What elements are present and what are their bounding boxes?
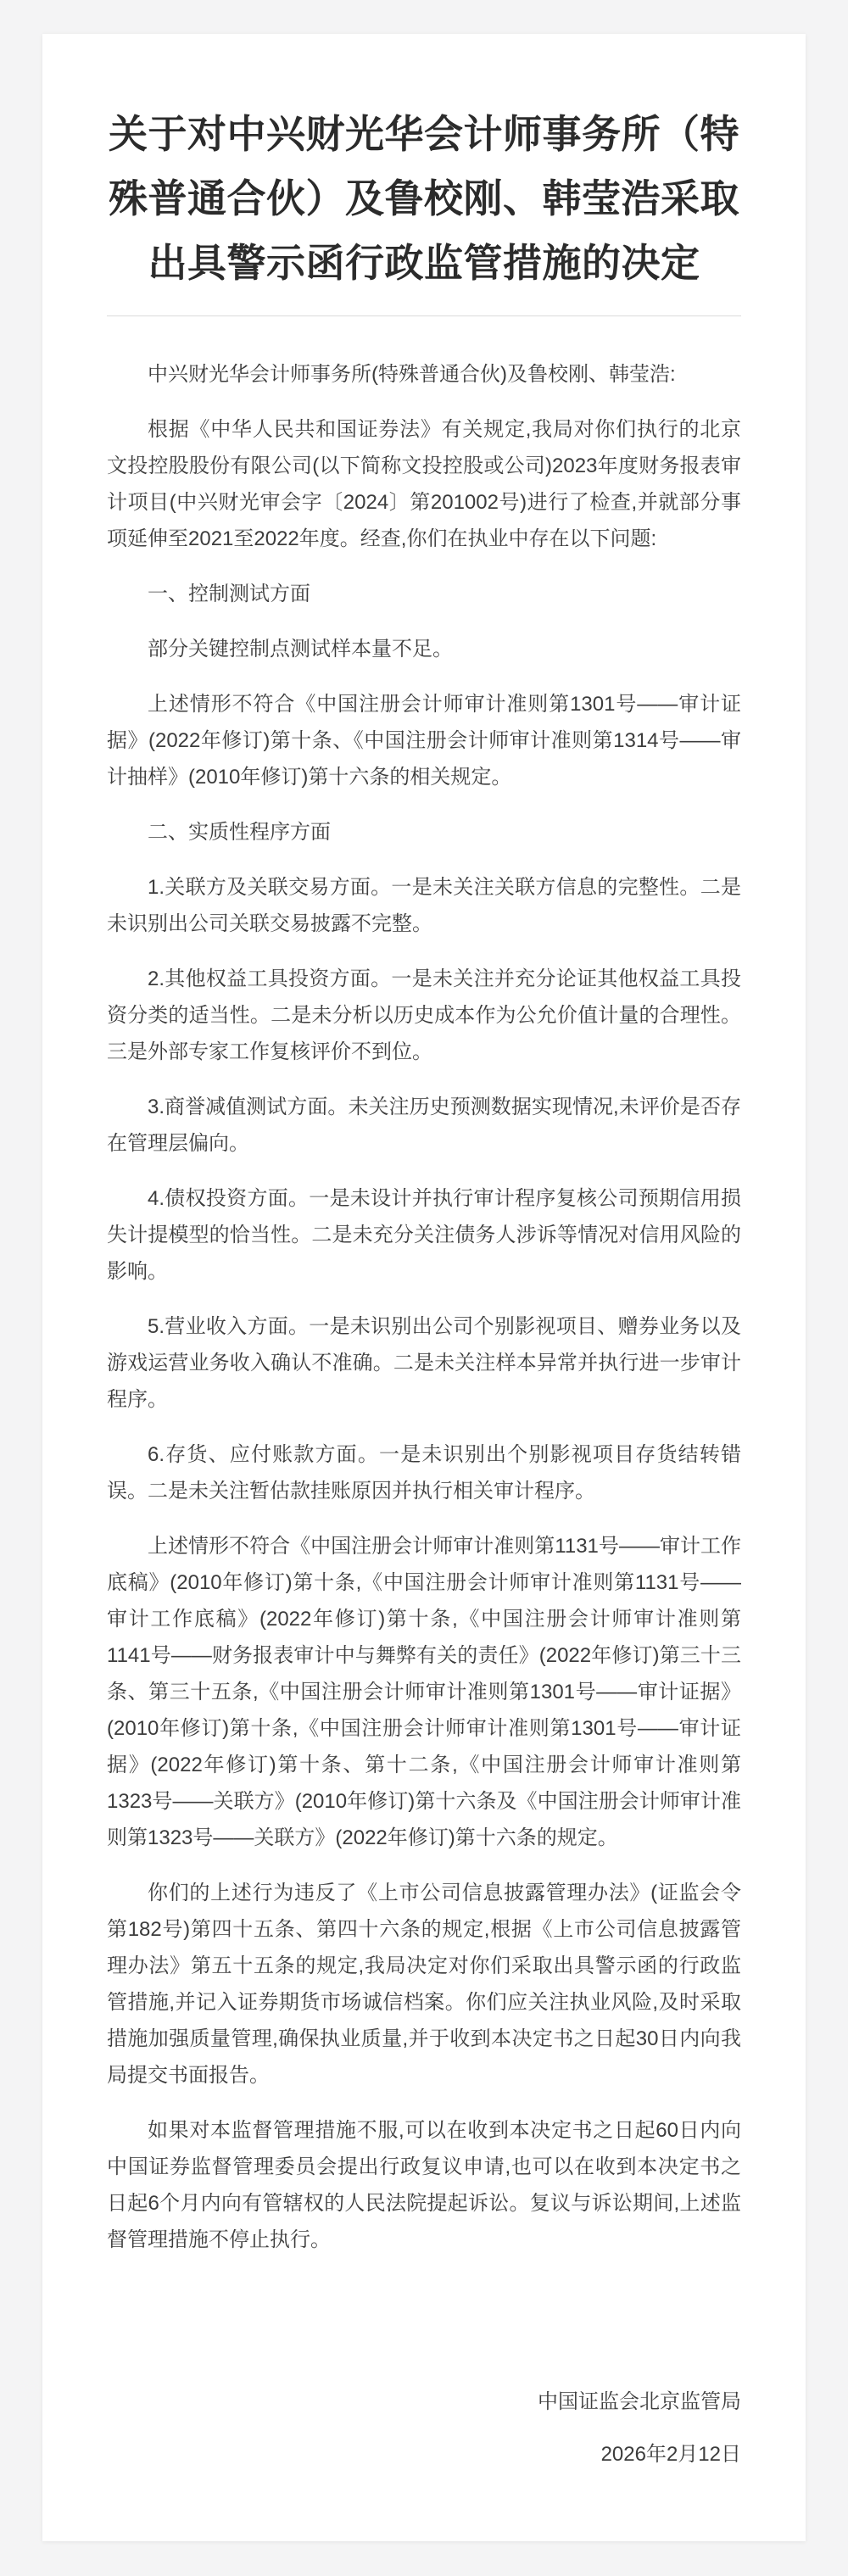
item-inventory-payables: 6.存货、应付账款方面。一是未识别出个别影视项目存货结转错误。二是未关注暂估款挂… <box>107 1436 741 1509</box>
item-goodwill-impairment: 3.商誉减值测试方面。未关注历史预测数据实现情况,未评价是否存在管理层偏向。 <box>107 1089 741 1162</box>
section-heading-control-testing: 一、控制测试方面 <box>107 576 741 612</box>
salutation-paragraph: 中兴财光华会计师事务所(特殊普通合伙)及鲁校刚、韩莹浩: <box>107 356 741 393</box>
intro-paragraph: 根据《中华人民共和国证券法》有关规定,我局对你们执行的北京文投控股股份有限公司(… <box>107 411 741 557</box>
title-divider <box>107 315 741 317</box>
appeal-paragraph: 如果对本监督管理措施不服,可以在收到本决定书之日起60日内向中国证券监督管理委员… <box>107 2112 741 2258</box>
item-operating-revenue: 5.营业收入方面。一是未识别出公司个别影视项目、赠券业务以及游戏运营业务收入确认… <box>107 1308 741 1418</box>
finding-control-testing: 部分关键控制点测试样本量不足。 <box>107 631 741 667</box>
item-related-parties: 1.关联方及关联交易方面。一是未关注关联方信息的完整性。二是未识别出公司关联交易… <box>107 869 741 942</box>
document-body: 中兴财光华会计师事务所(特殊普通合伙)及鲁校刚、韩莹浩: 根据《中华人民共和国证… <box>107 356 741 2258</box>
decision-paragraph: 你们的上述行为违反了《上市公司信息披露管理办法》(证监会令第182号)第四十五条… <box>107 1875 741 2094</box>
issue-date: 2026年2月12日 <box>107 2436 741 2473</box>
document-title: 关于对中兴财光华会计师事务所（特 殊普通合伙）及鲁校刚、韩莹浩采取 出具警示函行… <box>107 102 741 295</box>
document-card: 关于对中兴财光华会计师事务所（特 殊普通合伙）及鲁校刚、韩莹浩采取 出具警示函行… <box>42 34 806 2541</box>
item-debt-investments: 4.债权投资方面。一是未设计并执行审计程序复核公司预期信用损失计提模型的恰当性。… <box>107 1180 741 1290</box>
section-heading-substantive-procedures: 二、实质性程序方面 <box>107 814 741 850</box>
citation-control-testing: 上述情形不符合《中国注册会计师审计准则第1301号——审计证据》(2022年修订… <box>107 686 741 795</box>
page-background: 关于对中兴财光华会计师事务所（特 殊普通合伙）及鲁校刚、韩莹浩采取 出具警示函行… <box>0 0 848 2576</box>
issuer-name: 中国证监会北京监管局 <box>107 2384 741 2420</box>
item-other-equity-investments: 2.其他权益工具投资方面。一是未关注并充分论证其他权益工具投资分类的适当性。二是… <box>107 961 741 1070</box>
signature-block: 中国证监会北京监管局 2026年2月12日 <box>107 2384 741 2473</box>
citation-substantive-procedures: 上述情形不符合《中国注册会计师审计准则第1131号——审计工作底稿》(2010年… <box>107 1528 741 1856</box>
